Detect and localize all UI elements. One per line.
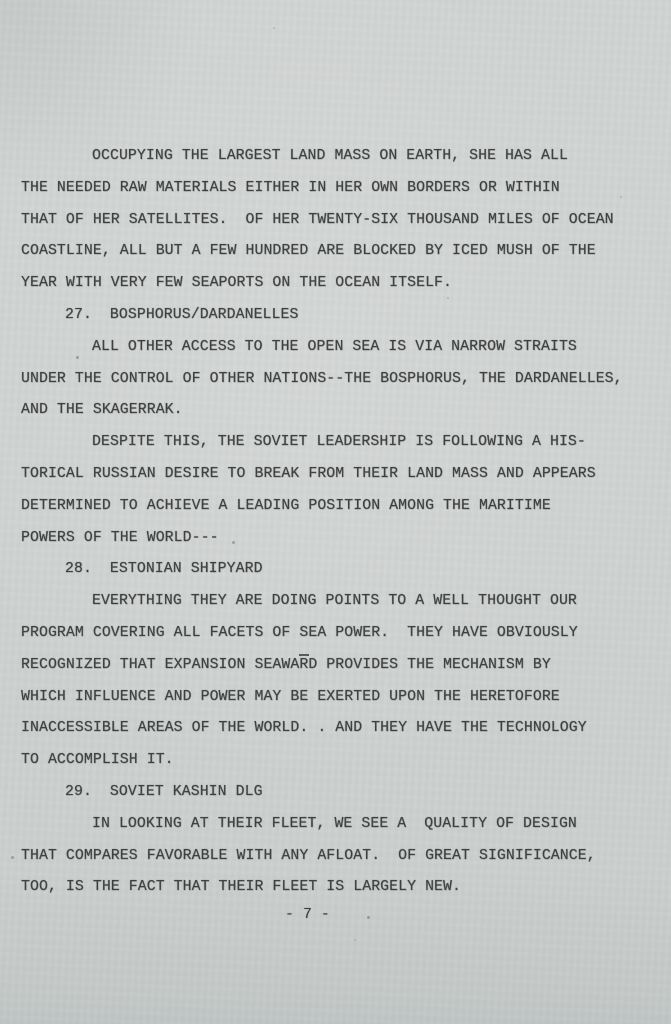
text-line: INACCESSIBLE AREAS OF THE WORLD. . AND T…	[21, 713, 651, 745]
text-line: COASTLINE, ALL BUT A FEW HUNDRED ARE BLO…	[21, 236, 651, 268]
text-line: ALL OTHER ACCESS TO THE OPEN SEA IS VIA …	[21, 332, 651, 364]
text-line: YEAR WITH VERY FEW SEAPORTS ON THE OCEAN…	[21, 268, 651, 300]
text-line: THE NEEDED RAW MATERIALS EITHER IN HER O…	[21, 173, 651, 205]
page-number: - 7 -	[285, 905, 330, 925]
text-line: OCCUPYING THE LARGEST LAND MASS ON EARTH…	[21, 141, 651, 173]
text-line: TOO, IS THE FACT THAT THEIR FLEET IS LAR…	[21, 872, 651, 904]
section-heading-28: 28. ESTONIAN SHIPYARD	[21, 554, 651, 586]
section-heading-27: 27. BOSPHORUS/DARDANELLES	[21, 300, 651, 332]
text-line: IN LOOKING AT THEIR FLEET, WE SEE A QUAL…	[21, 809, 651, 841]
text-line: DESPITE THIS, THE SOVIET LEADERSHIP IS F…	[21, 427, 651, 459]
stray-ink-dot	[11, 856, 14, 859]
paper-speck	[273, 27, 275, 29]
text-line: POWERS OF THE WORLD---	[21, 523, 651, 555]
text-line: PROGRAM COVERING ALL FACETS OF SEA POWER…	[21, 618, 651, 650]
text-line: THAT COMPARES FAVORABLE WITH ANY AFLOAT.…	[21, 841, 651, 873]
text-line: WHICH INFLUENCE AND POWER MAY BE EXERTED…	[21, 682, 651, 714]
scanned-document-page: OCCUPYING THE LARGEST LAND MASS ON EARTH…	[0, 0, 671, 1024]
typed-text-block: OCCUPYING THE LARGEST LAND MASS ON EARTH…	[21, 141, 651, 904]
section-heading-29: 29. SOVIET KASHIN DLG	[21, 777, 651, 809]
text-line: TO ACCOMPLISH IT.	[21, 745, 651, 777]
text-line: RECOGNIZED THAT EXPANSION SEAWARD PROVID…	[21, 650, 651, 682]
stray-ink-dot	[367, 916, 370, 919]
text-line: TORICAL RUSSIAN DESIRE TO BREAK FROM THE…	[21, 459, 651, 491]
text-line: UNDER THE CONTROL OF OTHER NATIONS--THE …	[21, 364, 651, 396]
text-line: THAT OF HER SATELLITES. OF HER TWENTY-SI…	[21, 205, 651, 237]
text-line: EVERYTHING THEY ARE DOING POINTS TO A WE…	[21, 586, 651, 618]
paper-speck	[354, 939, 356, 941]
text-line: AND THE SKAGERRAK.	[21, 395, 651, 427]
text-line: DETERMINED TO ACHIEVE A LEADING POSITION…	[21, 491, 651, 523]
